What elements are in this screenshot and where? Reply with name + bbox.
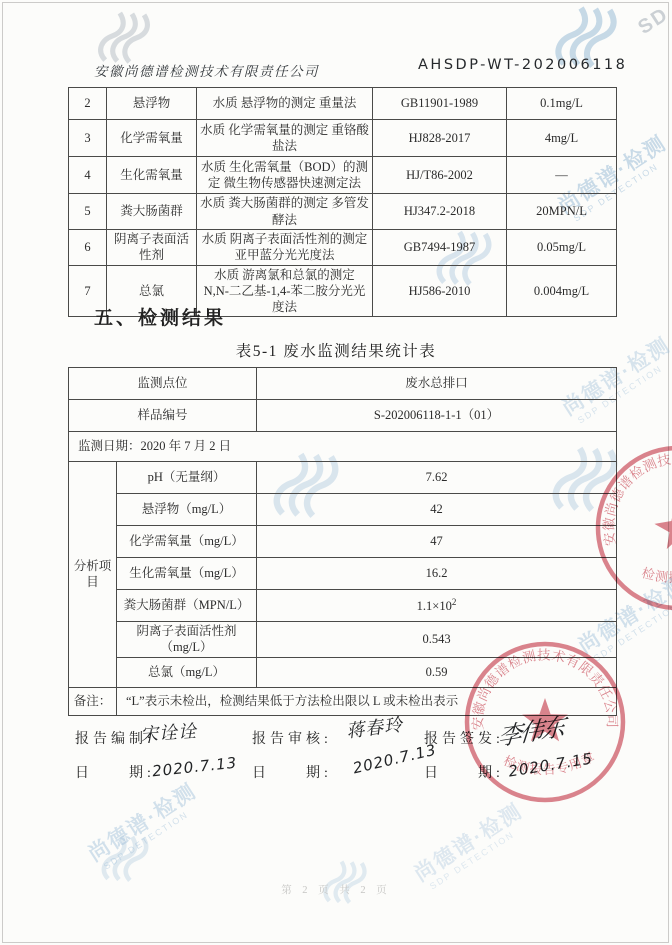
review-label: 报告审核: [252, 728, 332, 748]
method-cell: 水质 化学需氧量的测定 重铬酸盐法 [197, 120, 373, 157]
limit-cell: — [507, 157, 617, 194]
param-cell: 总氯（mg/L） [117, 657, 257, 687]
value-cell: 7.62 [257, 462, 617, 494]
watermark-corner-label: SD [634, 3, 672, 40]
monitor-date-line: 监测日期：2020 年 7 月 2 日 [69, 432, 617, 462]
table-row: 3 化学需氧量 水质 化学需氧量的测定 重铬酸盐法 HJ828-2017 4mg… [69, 120, 617, 157]
value-cell: 47 [257, 526, 617, 558]
table-row: 粪大肠菌群（MPN/L） 1.1×102 [69, 590, 617, 622]
table-row: 6 阴离子表面活性剂 水质 阴离子表面活性剂的测定 亚甲蓝分光光度法 GB749… [69, 230, 617, 266]
watermark-en-label: SDP DETECTION [102, 799, 206, 872]
monitor-point-value: 废水总排口 [257, 368, 617, 400]
review-date-label: 日 期: [252, 762, 332, 782]
page-number: 第 2 页 共 2 页 [0, 882, 672, 897]
row-number: 3 [69, 120, 107, 157]
table-row: 2 悬浮物 水质 悬浮物的测定 重量法 GB11901-1989 0.1mg/L [69, 88, 617, 120]
standard-cell: GB11901-1989 [373, 88, 507, 120]
table-row: 监测点位 废水总排口 [69, 368, 617, 400]
param-cell: 悬浮物（mg/L） [117, 494, 257, 526]
value-exponent: 2 [452, 597, 457, 607]
issue-date: 2020.7.15 [507, 749, 594, 780]
scanned-report-page: 尚德谱·检测 SDP DETECTION 尚德谱·检测 SDP DETECTIO… [0, 0, 672, 945]
table-row: 分析项目 pH（无量纲） 7.62 [69, 462, 617, 494]
value-mantissa: 1.1×10 [417, 599, 452, 613]
analysis-group-label: 分析项目 [69, 462, 117, 688]
sdp-swoosh-watermark-icon [91, 824, 160, 888]
table-row: 总氯（mg/L） 0.59 [69, 657, 617, 687]
company-name: 安徽尚德谱检测技术有限责任公司 [94, 60, 319, 80]
prepare-date: 2020.7.13 [151, 754, 238, 781]
note-label: 备注： [69, 687, 117, 715]
standard-cell: HJ586-2010 [373, 265, 507, 317]
limit-cell: 0.1mg/L [507, 88, 617, 120]
param-cell: pH（无量纲） [117, 462, 257, 494]
param-cell: 阴离子表面活性剂（mg/L） [117, 622, 257, 658]
method-cell: 水质 粪大肠菌群的测定 多管发酵法 [197, 194, 373, 230]
watermark-text: 尚德谱·检测 SDP DETECTION [408, 795, 533, 894]
row-number: 6 [69, 230, 107, 266]
value-cell: 16.2 [257, 558, 617, 590]
table-row: 样品编号 S-202006118-1-1（01） [69, 400, 617, 432]
standard-cell: GB7494-1987 [373, 230, 507, 266]
method-cell: 水质 悬浮物的测定 重量法 [197, 88, 373, 120]
results-table-caption: 表5-1 废水监测结果统计表 [0, 339, 672, 361]
table-row: 监测日期：2020 年 7 月 2 日 [69, 432, 617, 462]
param-cell: 生化需氧量（mg/L） [117, 558, 257, 590]
table-row: 阴离子表面活性剂（mg/L） 0.543 [69, 622, 617, 658]
sdp-swoosh-watermark-icon [313, 850, 377, 910]
limit-cell: 20MPN/L [507, 194, 617, 230]
issue-label: 报告签发: [424, 728, 504, 748]
section-title: 五、检测结果 [94, 303, 226, 330]
seal-bottom-text: 检测报告专用章 [638, 549, 672, 590]
item-cell: 生化需氧量 [107, 157, 197, 194]
watermark-text: 尚德谱·检测 SDP DETECTION [82, 775, 207, 874]
row-number: 2 [69, 88, 107, 120]
table-row: 化学需氧量（mg/L） 47 [69, 526, 617, 558]
review-signature: 蒋春玲 [345, 711, 405, 744]
issue-date-label: 日 期: [424, 762, 504, 782]
limit-cell: 0.05mg/L [507, 230, 617, 266]
item-cell: 阴离子表面活性剂 [107, 230, 197, 266]
sample-no-label: 样品编号 [69, 400, 257, 432]
standard-cell: HJ347.2-2018 [373, 194, 507, 230]
value-cell: 1.1×102 [257, 590, 617, 622]
item-cell: 悬浮物 [107, 88, 197, 120]
table-row: 悬浮物（mg/L） 42 [69, 494, 617, 526]
results-table: 监测点位 废水总排口 样品编号 S-202006118-1-1（01） 监测日期… [68, 367, 617, 716]
sample-no-value: S-202006118-1-1（01） [257, 400, 617, 432]
param-cell: 化学需氧量（mg/L） [117, 526, 257, 558]
prepare-signature: 宋诠诠 [139, 717, 198, 747]
table-row: 4 生化需氧量 水质 生化需氧量（BOD）的测定 微生物传感器快速测定法 HJ/… [69, 157, 617, 194]
value-cell: 0.543 [257, 622, 617, 658]
table-row: 5 粪大肠菌群 水质 粪大肠菌群的测定 多管发酵法 HJ347.2-2018 2… [69, 194, 617, 230]
prepare-date-label: 日 期: [75, 762, 155, 782]
item-cell: 化学需氧量 [107, 120, 197, 157]
watermark-cn-label: 尚德谱·检测 [408, 795, 528, 888]
standard-cell: HJ828-2017 [373, 120, 507, 157]
value-cell: 0.59 [257, 657, 617, 687]
param-cell: 粪大肠菌群（MPN/L） [117, 590, 257, 622]
svg-text:检测报告专用章: 检测报告专用章 [638, 549, 672, 590]
method-cell: 水质 阴离子表面活性剂的测定 亚甲蓝分光光度法 [197, 230, 373, 266]
row-number: 4 [69, 157, 107, 194]
limit-cell: 4mg/L [507, 120, 617, 157]
watermark-en-label: SDP DETECTION [428, 819, 532, 892]
table-row: 生化需氧量（mg/L） 16.2 [69, 558, 617, 590]
watermark-cn-label: 尚德谱·检测 [82, 775, 202, 868]
item-cell: 粪大肠菌群 [107, 194, 197, 230]
monitor-point-label: 监测点位 [69, 368, 257, 400]
report-number: AHSDP-WT-202006118 [418, 57, 627, 73]
standard-cell: HJ/T86-2002 [373, 157, 507, 194]
row-number: 5 [69, 194, 107, 230]
method-cell: 水质 生化需氧量（BOD）的测定 微生物传感器快速测定法 [197, 157, 373, 194]
limit-cell: 0.004mg/L [507, 265, 617, 317]
methods-table: 2 悬浮物 水质 悬浮物的测定 重量法 GB11901-1989 0.1mg/L… [68, 87, 617, 317]
value-cell: 42 [257, 494, 617, 526]
